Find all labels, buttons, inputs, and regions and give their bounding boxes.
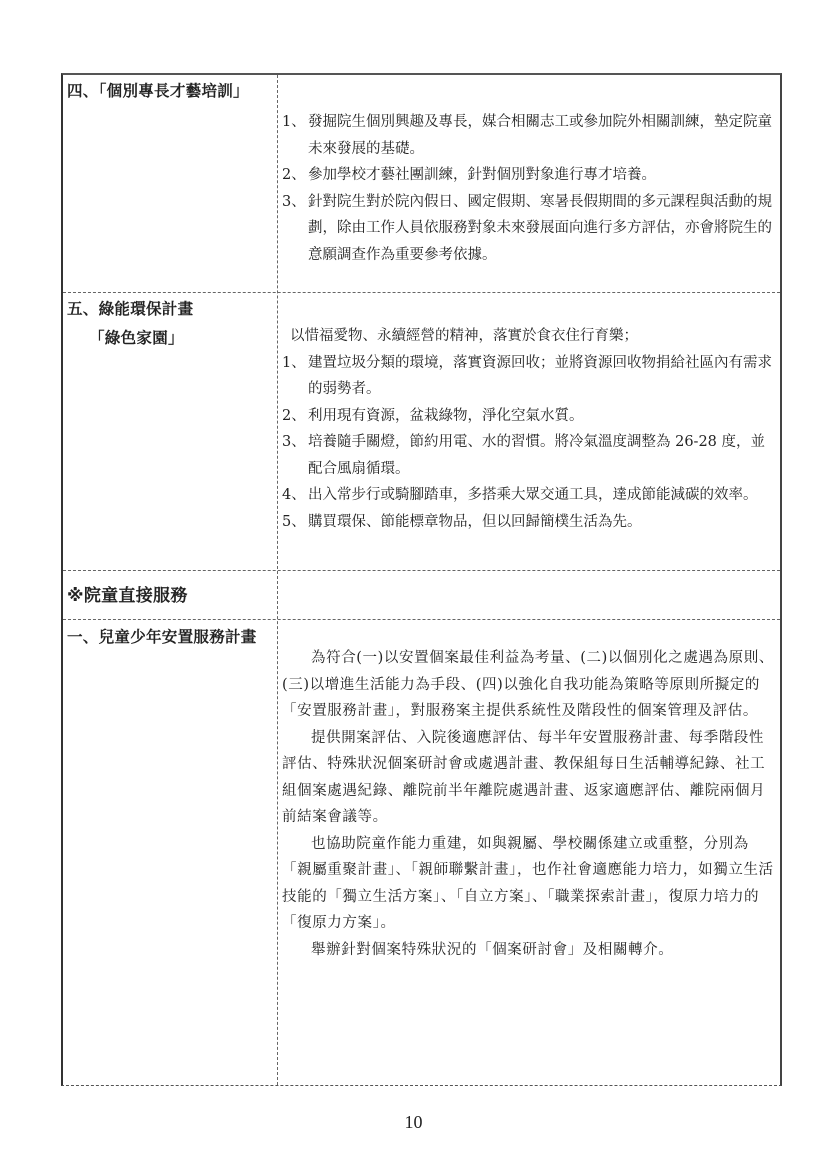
paragraph: 提供開案評估、入院後適應評估、每半年安置服務計畫、每季階段性評估、特殊狀況個案研… — [282, 725, 778, 831]
item-text: 針對院生對於院內假日、國定假期、寒暑長假期間的多元課程與活動的規劃，除由工作人員… — [308, 194, 772, 263]
column-divider — [277, 75, 278, 1085]
paragraph: 為符合(一)以安置個案最佳利益為考量、(二)以個別化之處遇為原則、(三)以增進生… — [282, 645, 778, 725]
list-item: 5、 購買環保、節能標章物品，但以回歸簡樸生活為先。 — [282, 509, 778, 536]
item-number: 3、 — [282, 189, 306, 216]
plan-table: 四、「個別專長才藝培訓」 1、 發掘院生個別興趣及專長，媒合相關志工或參加院外相… — [61, 73, 782, 1086]
row-divider — [63, 570, 780, 571]
paragraph: 也協助院童作能力重建，如與親屬、學校關係建立或重整，分別為「親屬重聚計畫」、「親… — [282, 831, 778, 937]
item-number: 1、 — [282, 350, 306, 377]
section-content-talent-training: 1、 發掘院生個別興趣及專長，媒合相關志工或參加院外相關訓練，墊定院童未來發展的… — [282, 109, 778, 268]
page-number: 10 — [0, 1112, 827, 1133]
section-label-direct-services: ※院童直接服務 — [67, 581, 188, 606]
list-item: 3、 培養隨手關燈，節約用電、水的習慣。將冷氣溫度調整為 26-28 度，並配合… — [282, 429, 778, 482]
row-divider — [63, 619, 780, 620]
document-page: 四、「個別專長才藝培訓」 1、 發掘院生個別興趣及專長，媒合相關志工或參加院外相… — [0, 0, 827, 1170]
section-content-green-energy: 以惜福愛物、永續經營的精神，落實於食衣住行育樂； 1、 建置垃圾分類的環境，落實… — [282, 323, 778, 535]
item-number: 3、 — [282, 429, 306, 456]
section-label-talent-training: 四、「個別專長才藝培訓」 — [67, 79, 249, 101]
paragraph: 舉辦針對個案特殊狀況的「個案研討會」及相關轉介。 — [282, 937, 778, 964]
item-text: 利用現有資源，盆栽綠物，淨化空氣水質。 — [308, 408, 584, 424]
list-item: 4、 出入常步行或騎腳踏車，多搭乘大眾交通工具，達成節能減碳的效率。 — [282, 482, 778, 509]
item-number: 2、 — [282, 162, 306, 189]
section-label-placement-plan: 一、兒童少年安置服務計畫 — [67, 625, 257, 647]
item-text: 發掘院生個別興趣及專長，媒合相關志工或參加院外相關訓練，墊定院童未來發展的基礎。 — [308, 114, 772, 157]
list-item: 1、 建置垃圾分類的環境，落實資源回收；並將資源回收物捐給社區內有需求的弱勢者。 — [282, 350, 778, 403]
item-text: 培養隨手關燈，節約用電、水的習慣。將冷氣溫度調整為 26-28 度，並配合風扇循… — [308, 434, 765, 477]
item-number: 2、 — [282, 403, 306, 430]
item-number: 1、 — [282, 109, 306, 136]
section-content-placement-plan: 為符合(一)以安置個案最佳利益為考量、(二)以個別化之處遇為原則、(三)以增進生… — [282, 645, 778, 963]
list-item: 2、 參加學校才藝社團訓練，針對個別對象進行專才培養。 — [282, 162, 778, 189]
section-label-green-energy: 五、綠能環保計畫 — [67, 297, 193, 319]
item-number: 4、 — [282, 482, 306, 509]
item-text: 參加學校才藝社團訓練，針對個別對象進行專才培養。 — [308, 167, 656, 183]
item-text: 購買環保、節能標章物品，但以回歸簡樸生活為先。 — [308, 514, 642, 530]
item-number: 5、 — [282, 509, 306, 536]
item-text: 建置垃圾分類的環境，落實資源回收；並將資源回收物捐給社區內有需求的弱勢者。 — [308, 355, 772, 398]
list-item: 1、 發掘院生個別興趣及專長，媒合相關志工或參加院外相關訓練，墊定院童未來發展的… — [282, 109, 778, 162]
section-intro: 以惜福愛物、永續經營的精神，落實於食衣住行育樂； — [282, 323, 778, 350]
list-item: 2、 利用現有資源，盆栽綠物，淨化空氣水質。 — [282, 403, 778, 430]
row-divider — [63, 292, 780, 293]
list-item: 3、 針對院生對於院內假日、國定假期、寒暑長假期間的多元課程與活動的規劃，除由工… — [282, 189, 778, 269]
section-sublabel-green-home: 「綠色家園」 — [89, 326, 184, 348]
item-text: 出入常步行或騎腳踏車，多搭乘大眾交通工具，達成節能減碳的效率。 — [308, 487, 758, 503]
